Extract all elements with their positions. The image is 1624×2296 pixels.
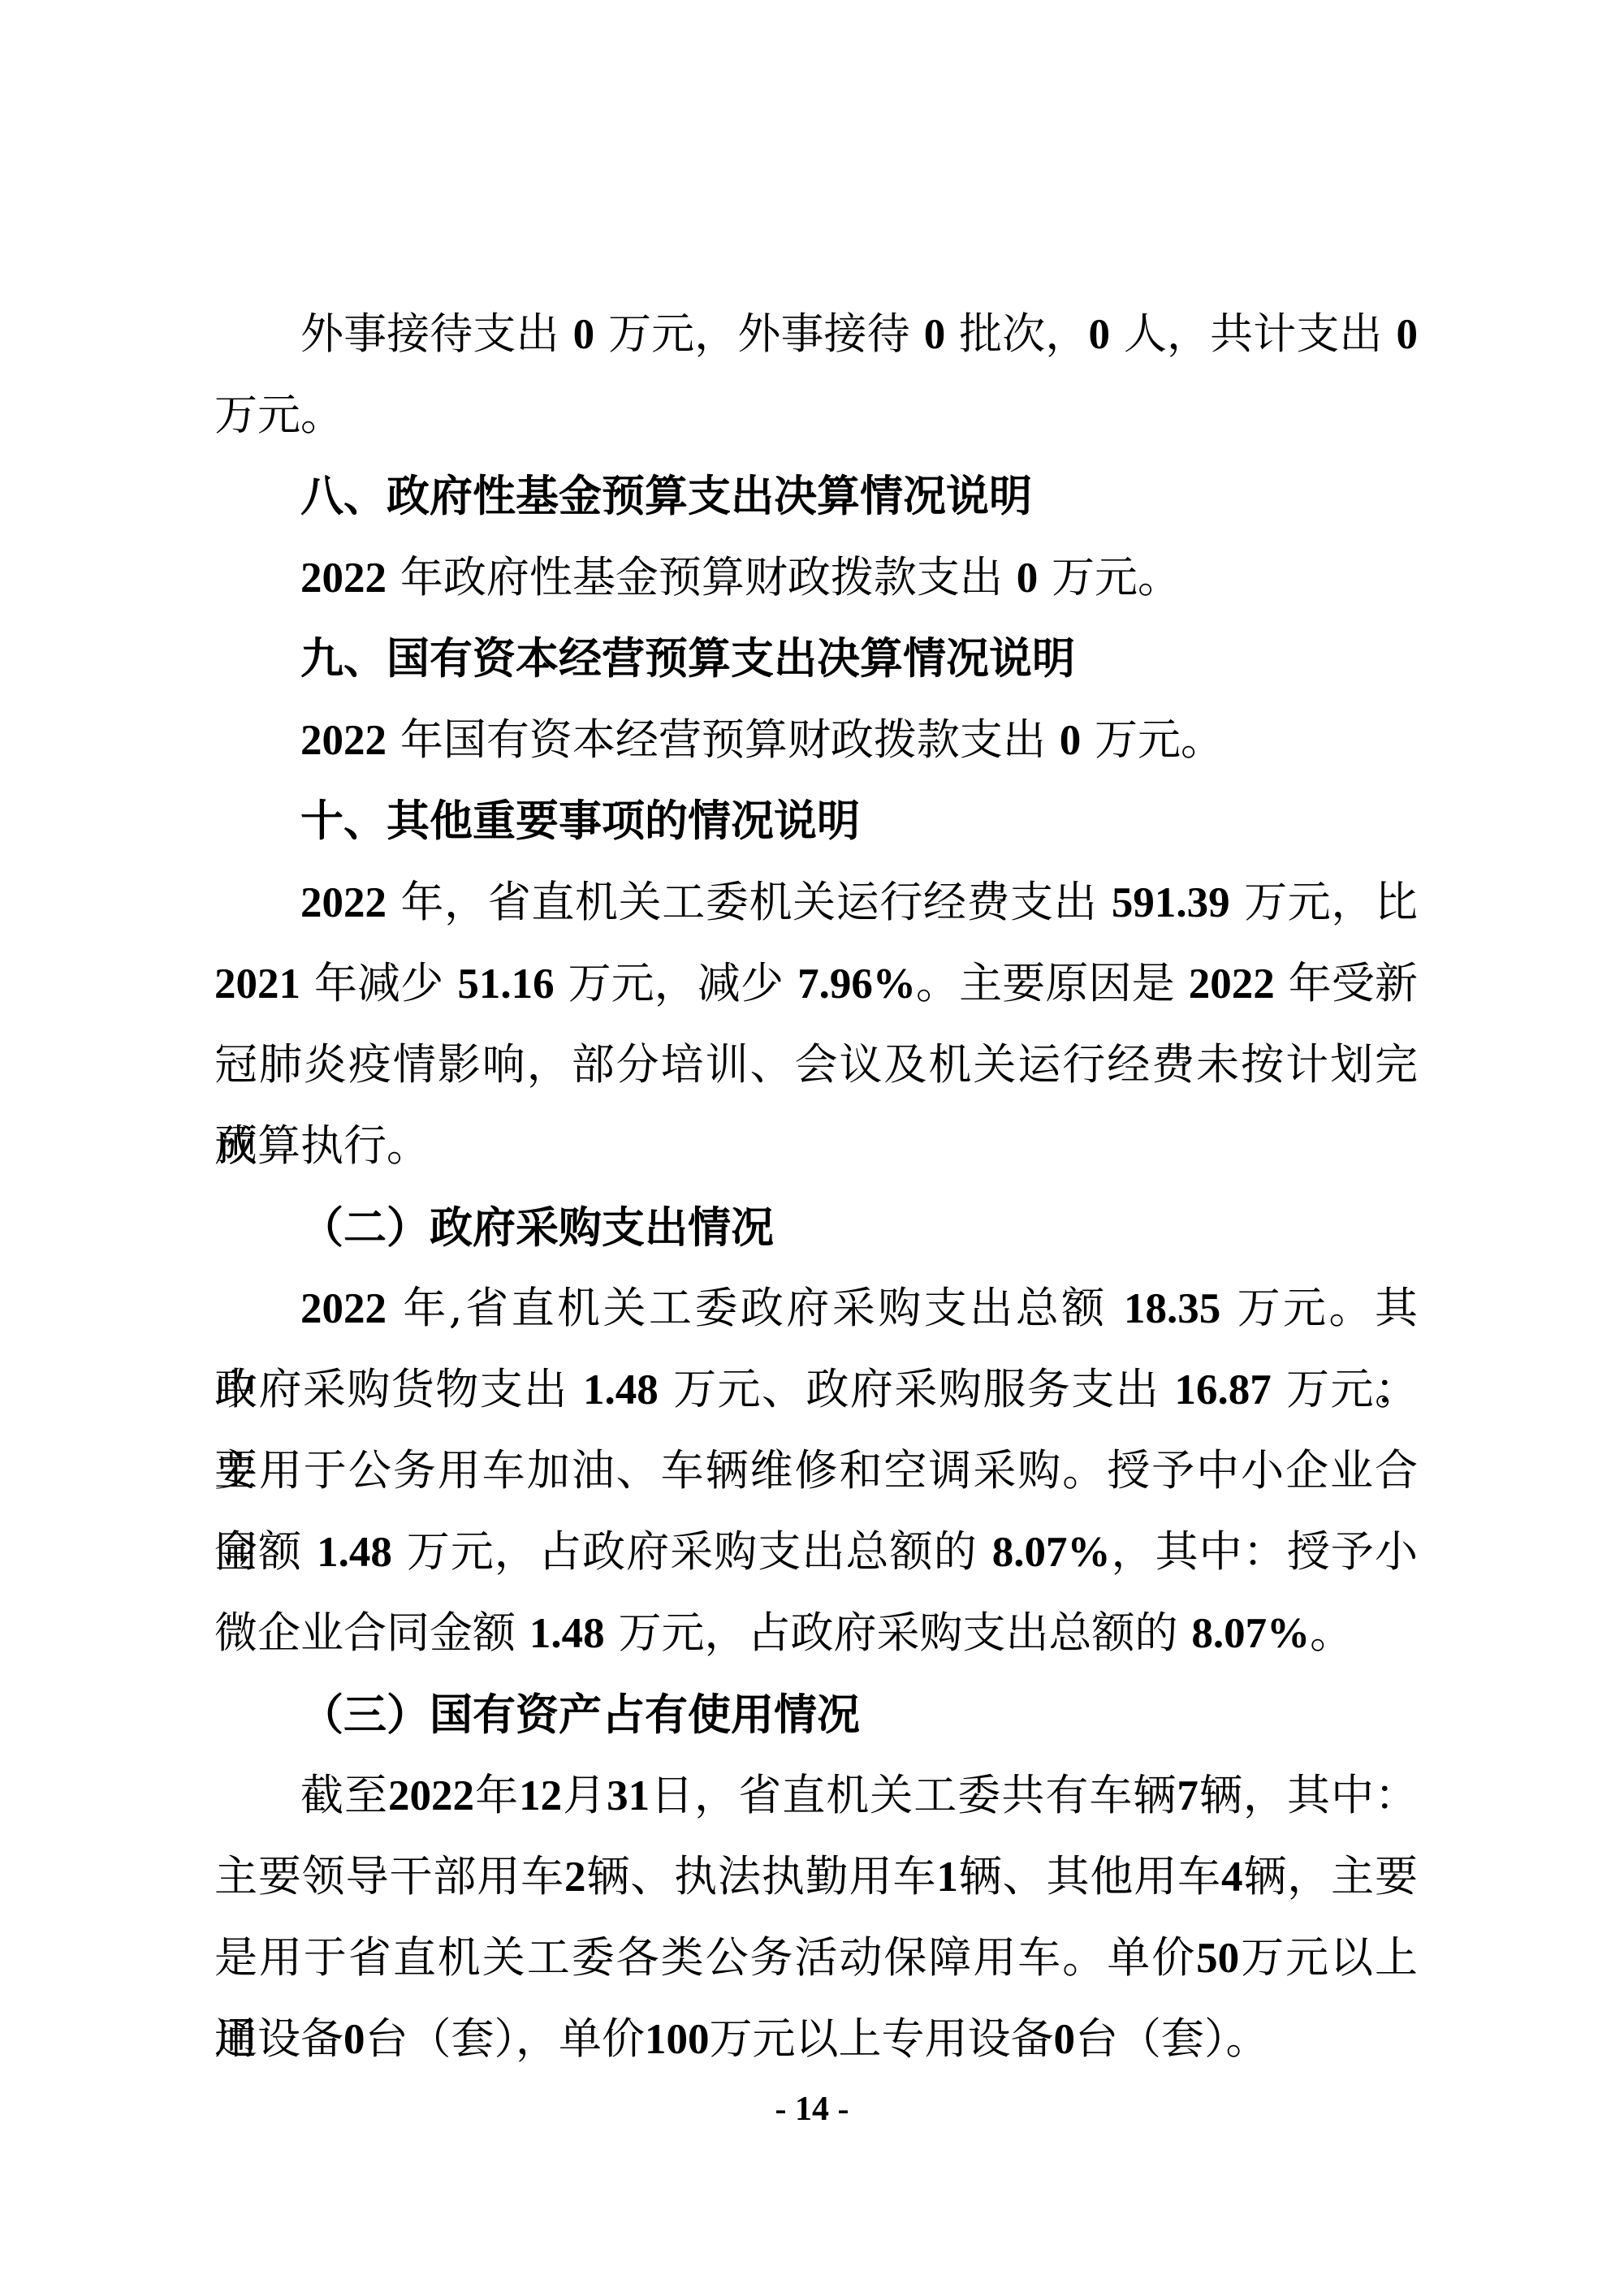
document-body: 外事接待支出 0 万元，外事接待 0 批次，0 人，共计支出 0万元。八、政府性…	[214, 294, 1418, 2080]
numeric-value: 0	[1088, 311, 1110, 358]
text-segment: 万元，占政府采购支出总额的	[392, 1527, 992, 1577]
numeric-value: 0	[1396, 311, 1418, 358]
text-segment: 外事接待支出	[300, 309, 573, 359]
body-line: 冠肺炎疫情影响，部分培训、会议及机关运行经费未按计划完成	[214, 1025, 1418, 1106]
text-segment: 八、政府性基金预算支出决算情况说明	[300, 472, 1032, 521]
section-heading: 九、国有资本经营预算支出决算情况说明	[214, 619, 1418, 700]
body-line: 外事接待支出 0 万元，外事接待 0 批次，0 人，共计支出 0	[214, 294, 1418, 375]
text-segment: 年政府性基金预算财政拨款支出	[387, 553, 1017, 602]
subsection-heading: （三）国有资产占有使用情况	[214, 1674, 1418, 1755]
numeric-value: 591.39	[1112, 879, 1230, 926]
subsection-heading: （二）政府采购支出情况	[214, 1187, 1418, 1268]
text-segment: 主要领导干部用车	[214, 1852, 564, 1901]
text-segment: 万元，比	[1230, 878, 1418, 927]
section-heading: 八、政府性基金预算支出决算情况说明	[214, 456, 1418, 537]
numeric-value: 8.07%	[992, 1529, 1111, 1576]
numeric-value: 2022	[300, 879, 387, 926]
text-segment: 月	[562, 1771, 607, 1820]
text-segment: 。	[1310, 1608, 1353, 1658]
numeric-value: 7	[1177, 1772, 1199, 1819]
numeric-value: 0	[1060, 717, 1082, 764]
numeric-value: 7.96%	[797, 960, 916, 1008]
text-segment: 年	[474, 1771, 519, 1820]
numeric-value: 31	[607, 1772, 650, 1819]
body-line: 2022 年政府性基金预算财政拨款支出 0 万元。	[214, 537, 1418, 619]
text-segment: 辆、执法执勤用车	[586, 1852, 937, 1901]
text-segment: 十、其他重要事项的情况说明	[300, 796, 860, 846]
text-segment: （三）国有资产占有使用情况	[300, 1690, 860, 1740]
text-segment: 。主要原因是	[916, 959, 1189, 1008]
text-segment: 万元、政府采购服务支出	[659, 1365, 1175, 1414]
body-line: 主要领导干部用车2辆、执法执勤用车1辆、其他用车4辆，主要	[214, 1836, 1418, 1918]
text-segment: 万元。	[1081, 715, 1224, 765]
text-segment: 年国有资本经营预算财政拨款支出	[387, 715, 1060, 765]
numeric-value: 4	[1221, 1854, 1243, 1901]
numeric-value: 2022	[300, 555, 387, 602]
body-line: 是用于省直机关工委各类公务活动保障用车。单价50万元以上通	[214, 1918, 1418, 1999]
text-segment: 万元，外事接待	[594, 309, 924, 359]
text-segment: 是用于省直机关工委各类公务活动保障用车。单价	[214, 1933, 1196, 1983]
numeric-value: 100	[645, 2016, 710, 2063]
body-line: 2022 年,省直机关工委政府采购支出总额 18.35 万元。其中：	[214, 1268, 1418, 1349]
numeric-value: 1	[936, 1854, 958, 1901]
numeric-value: 50	[1196, 1935, 1239, 1982]
text-segment: ，其中：授予小	[1110, 1527, 1418, 1577]
text-segment: 预算执行。	[214, 1121, 430, 1171]
numeric-value: 0	[1054, 2016, 1076, 2063]
numeric-value: 2022	[388, 1772, 474, 1819]
text-segment: 台（套），单价	[365, 2014, 646, 2064]
numeric-value: 2022	[1189, 960, 1275, 1008]
text-segment: （二）政府采购支出情况	[300, 1202, 774, 1253]
numeric-value: 0	[924, 311, 946, 358]
text-segment: 政府采购货物支出	[214, 1365, 583, 1414]
text-segment: 万元。	[214, 391, 343, 440]
text-segment: 台（套）。	[1075, 2014, 1269, 2064]
text-segment: 用设备	[214, 2014, 343, 2064]
body-line: 2021 年减少 51.16 万元，减少 7.96%。主要原因是 2022 年受…	[214, 943, 1418, 1025]
text-segment: 年减少	[300, 959, 457, 1008]
text-segment: 辆，其中：	[1199, 1771, 1418, 1820]
numeric-value: 2022	[300, 1285, 387, 1332]
numeric-value: 16.87	[1174, 1366, 1271, 1413]
body-line: 预算执行。	[214, 1106, 1418, 1187]
body-line: 万元。	[214, 375, 1418, 456]
numeric-value: 1.48	[583, 1366, 659, 1413]
numeric-value: 2022	[300, 717, 387, 764]
text-segment: 人，共计支出	[1110, 309, 1397, 359]
text-segment: 万元。	[1038, 553, 1181, 602]
numeric-value: 0	[1017, 555, 1039, 602]
body-line: 政府采购货物支出 1.48 万元、政府采购服务支出 16.87 万元。主	[214, 1349, 1418, 1431]
numeric-value: 1.48	[529, 1610, 605, 1657]
text-segment: 辆，主要	[1243, 1852, 1419, 1901]
text-segment: 金额	[214, 1527, 317, 1577]
body-line: 用设备0台（套），单价100万元以上专用设备0台（套）。	[214, 1999, 1418, 2080]
text-segment: 截至	[300, 1771, 388, 1820]
numeric-value: 51.16	[457, 960, 554, 1008]
text-segment: 万元，占政府采购支出总额的	[605, 1608, 1192, 1658]
text-segment: 批次，	[945, 309, 1088, 359]
text-segment: 年受新	[1275, 959, 1418, 1008]
body-line: 截至2022年12月31日，省直机关工委共有车辆7辆，其中：	[214, 1755, 1418, 1836]
text-segment: 辆、其他用车	[958, 1852, 1221, 1901]
numeric-value: 2021	[214, 960, 300, 1008]
body-line: 2022 年，省直机关工委机关运行经费支出 591.39 万元，比	[214, 862, 1418, 943]
document-page: 外事接待支出 0 万元，外事接待 0 批次，0 人，共计支出 0万元。八、政府性…	[0, 0, 1624, 2296]
page-number: - 14 -	[775, 2091, 849, 2128]
text-segment: 微企业合同金额	[214, 1608, 529, 1658]
text-segment: 年,省直机关工委政府采购支出总额	[387, 1284, 1124, 1333]
body-line: 金额 1.48 万元，占政府采购支出总额的 8.07%，其中：授予小	[214, 1512, 1418, 1593]
text-segment: 年，省直机关工委机关运行经费支出	[387, 878, 1112, 927]
numeric-value: 1.48	[317, 1529, 392, 1576]
numeric-value: 8.07%	[1191, 1610, 1310, 1657]
text-segment: 九、国有资本经营预算支出决算情况说明	[300, 634, 1075, 684]
text-segment: 万元，减少	[555, 959, 798, 1008]
numeric-value: 18.35	[1124, 1285, 1220, 1332]
numeric-value: 0	[343, 2016, 365, 2063]
numeric-value: 12	[519, 1772, 562, 1819]
numeric-value: 0	[573, 311, 595, 358]
section-heading: 十、其他重要事项的情况说明	[214, 781, 1418, 862]
text-segment: 万元以上专用设备	[710, 2014, 1054, 2064]
body-line: 微企业合同金额 1.48 万元，占政府采购支出总额的 8.07%。	[214, 1593, 1418, 1674]
numeric-value: 2	[564, 1854, 586, 1901]
page-footer: - 14 -	[0, 2083, 1624, 2135]
body-line: 2022 年国有资本经营预算财政拨款支出 0 万元。	[214, 700, 1418, 781]
body-line: 要用于公务用车加油、车辆维修和空调采购。授予中小企业合同	[214, 1431, 1418, 1512]
text-segment: 日，省直机关工委共有车辆	[650, 1771, 1177, 1820]
